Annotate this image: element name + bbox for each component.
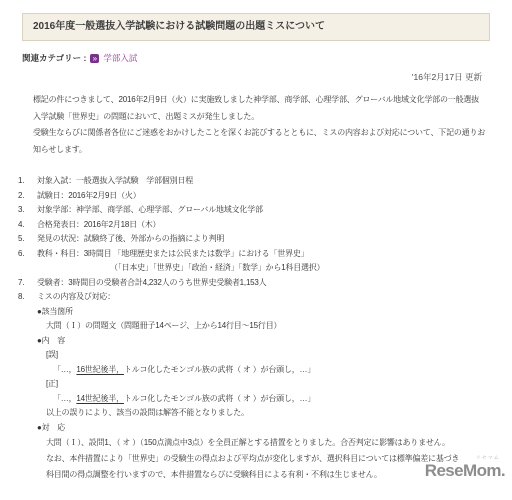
error-note: 以上の誤りにより、該当の設問は解答不能となりました。 [46,406,512,421]
list-text: 対象学部：神学部、商学部、心理学部、グローバル地域文化学部 [37,203,263,218]
location-text: 大問（Ｉ）の問題文（問題冊子14ページ、上から14行目～15行目） [46,319,512,334]
list-item: 6. 教科・科目：3時間目 「地理歴史または公民または数学」における「世界史」 [0,247,512,262]
list-text: 対象入試：一般選抜入学試験 学部個別日程 [37,174,193,189]
wrong-underlined: 16世紀後半， [76,365,124,374]
list-number: 7. [18,276,37,291]
resemom-logo-wordmark: ReseMom. [425,461,505,480]
wrong-line: 「…，16世紀後半，トルコ化したモンゴル族の武将（ オ ）が台頭し，…」 [53,363,512,378]
list-item: 4. 合格発表日：2016年2月18日（木） [0,218,512,233]
wrong-label: [誤] [46,348,512,363]
list-number: 5. [18,232,37,247]
list-item: 8. ミスの内容及び対応： [0,290,512,305]
list-text: 教科・科目：3時間目 「地理歴史または公民または数学」における「世界史」 [37,247,308,262]
wrong-post: トルコ化したモンゴル族の武将（ オ ）が台頭し，…」 [124,365,315,374]
correct-label: [正] [46,377,512,392]
list-number: 2. [18,189,37,204]
bullet-heading-action: ●対 応 [37,421,512,436]
correct-post: トルコ化したモンゴル族の武将（ オ ）が台頭し，…」 [124,394,315,403]
resemom-logo: リセマム ReseMom. [425,455,505,481]
list-text: 試験日：2016年2月9日（火） [37,189,141,204]
list-item: 3. 対象学部：神学部、商学部、心理学部、グローバル地域文化学部 [0,203,512,218]
bullet-heading-content: ●内 容 [37,334,512,349]
list-number: 1. [18,174,37,189]
page-title: 2016年度一般選抜入学試験における試験問題の出題ミスについて [22,13,490,41]
correct-underlined: 14世紀後半， [76,394,124,403]
bullet-heading-location: ●該当箇所 [37,305,512,320]
press-release-page: 2016年度一般選抜入学試験における試験問題の出題ミスについて 関連カテゴリー … [0,0,512,500]
list-number: 4. [18,218,37,233]
list-text: 発見の状況：試験終了後、外部からの指摘により判明 [37,232,224,247]
list-text: 受験者：3時間目の受験者合計4,232人のうち世界史受験者1,153人 [37,276,267,291]
list-item: 5. 発見の状況：試験終了後、外部からの指摘により判明 [0,232,512,247]
correct-pre: 「…， [53,394,76,403]
list-number: 3. [18,203,37,218]
list-item: 7. 受験者：3時間目の受験者合計4,232人のうち世界史受験者1,153人 [0,276,512,291]
intro-line: 標記の件につきまして、2016年2月9日（火）に実施致しました神学部、商学部、心… [33,92,486,109]
intro-line: 受験生ならびに関係者各位にご迷惑をおかけしたことを深くお詫びするとともに、ミスの… [33,125,486,142]
category-label: 関連カテゴリー : [22,52,86,64]
intro-line: 知らせします。 [33,142,486,159]
wrong-pre: 「…， [53,365,76,374]
list-number: 8. [18,290,37,305]
update-date: '16年2月17日 更新 [0,71,482,83]
intro-line: 入学試験「世界史」の問題において、出題ミスが発生しました。 [33,109,486,126]
list-text: ミスの内容及び対応： [37,290,115,305]
numbered-list: 1. 対象入試：一般選抜入学試験 学部個別日程 2. 試験日：2016年2月9日… [0,174,512,483]
list-number: 6. [18,247,37,262]
intro-paragraph: 標記の件につきまして、2016年2月9日（火）に実施致しました神学部、商学部、心… [33,92,486,158]
category-link[interactable]: 学部入試 [103,52,137,64]
action-line: 大問（Ｉ）、設問1、（ オ ）（150点満点中3点）を全員正解とする措置をとりま… [46,435,502,451]
category-arrow-icon: » [90,54,99,63]
category-row: 関連カテゴリー : » 学部入試 [22,52,490,64]
list-item-continuation: （「日本史」「世界史」「政治・経済」「数学」から1科目選択） [110,261,512,276]
list-item: 1. 対象入試：一般選抜入学試験 学部個別日程 [0,174,512,189]
list-item: 2. 試験日：2016年2月9日（火） [0,189,512,204]
correct-line: 「…，14世紀後半，トルコ化したモンゴル族の武将（ オ ）が台頭し，…」 [53,392,512,407]
list-text: 合格発表日：2016年2月18日（木） [37,218,160,233]
